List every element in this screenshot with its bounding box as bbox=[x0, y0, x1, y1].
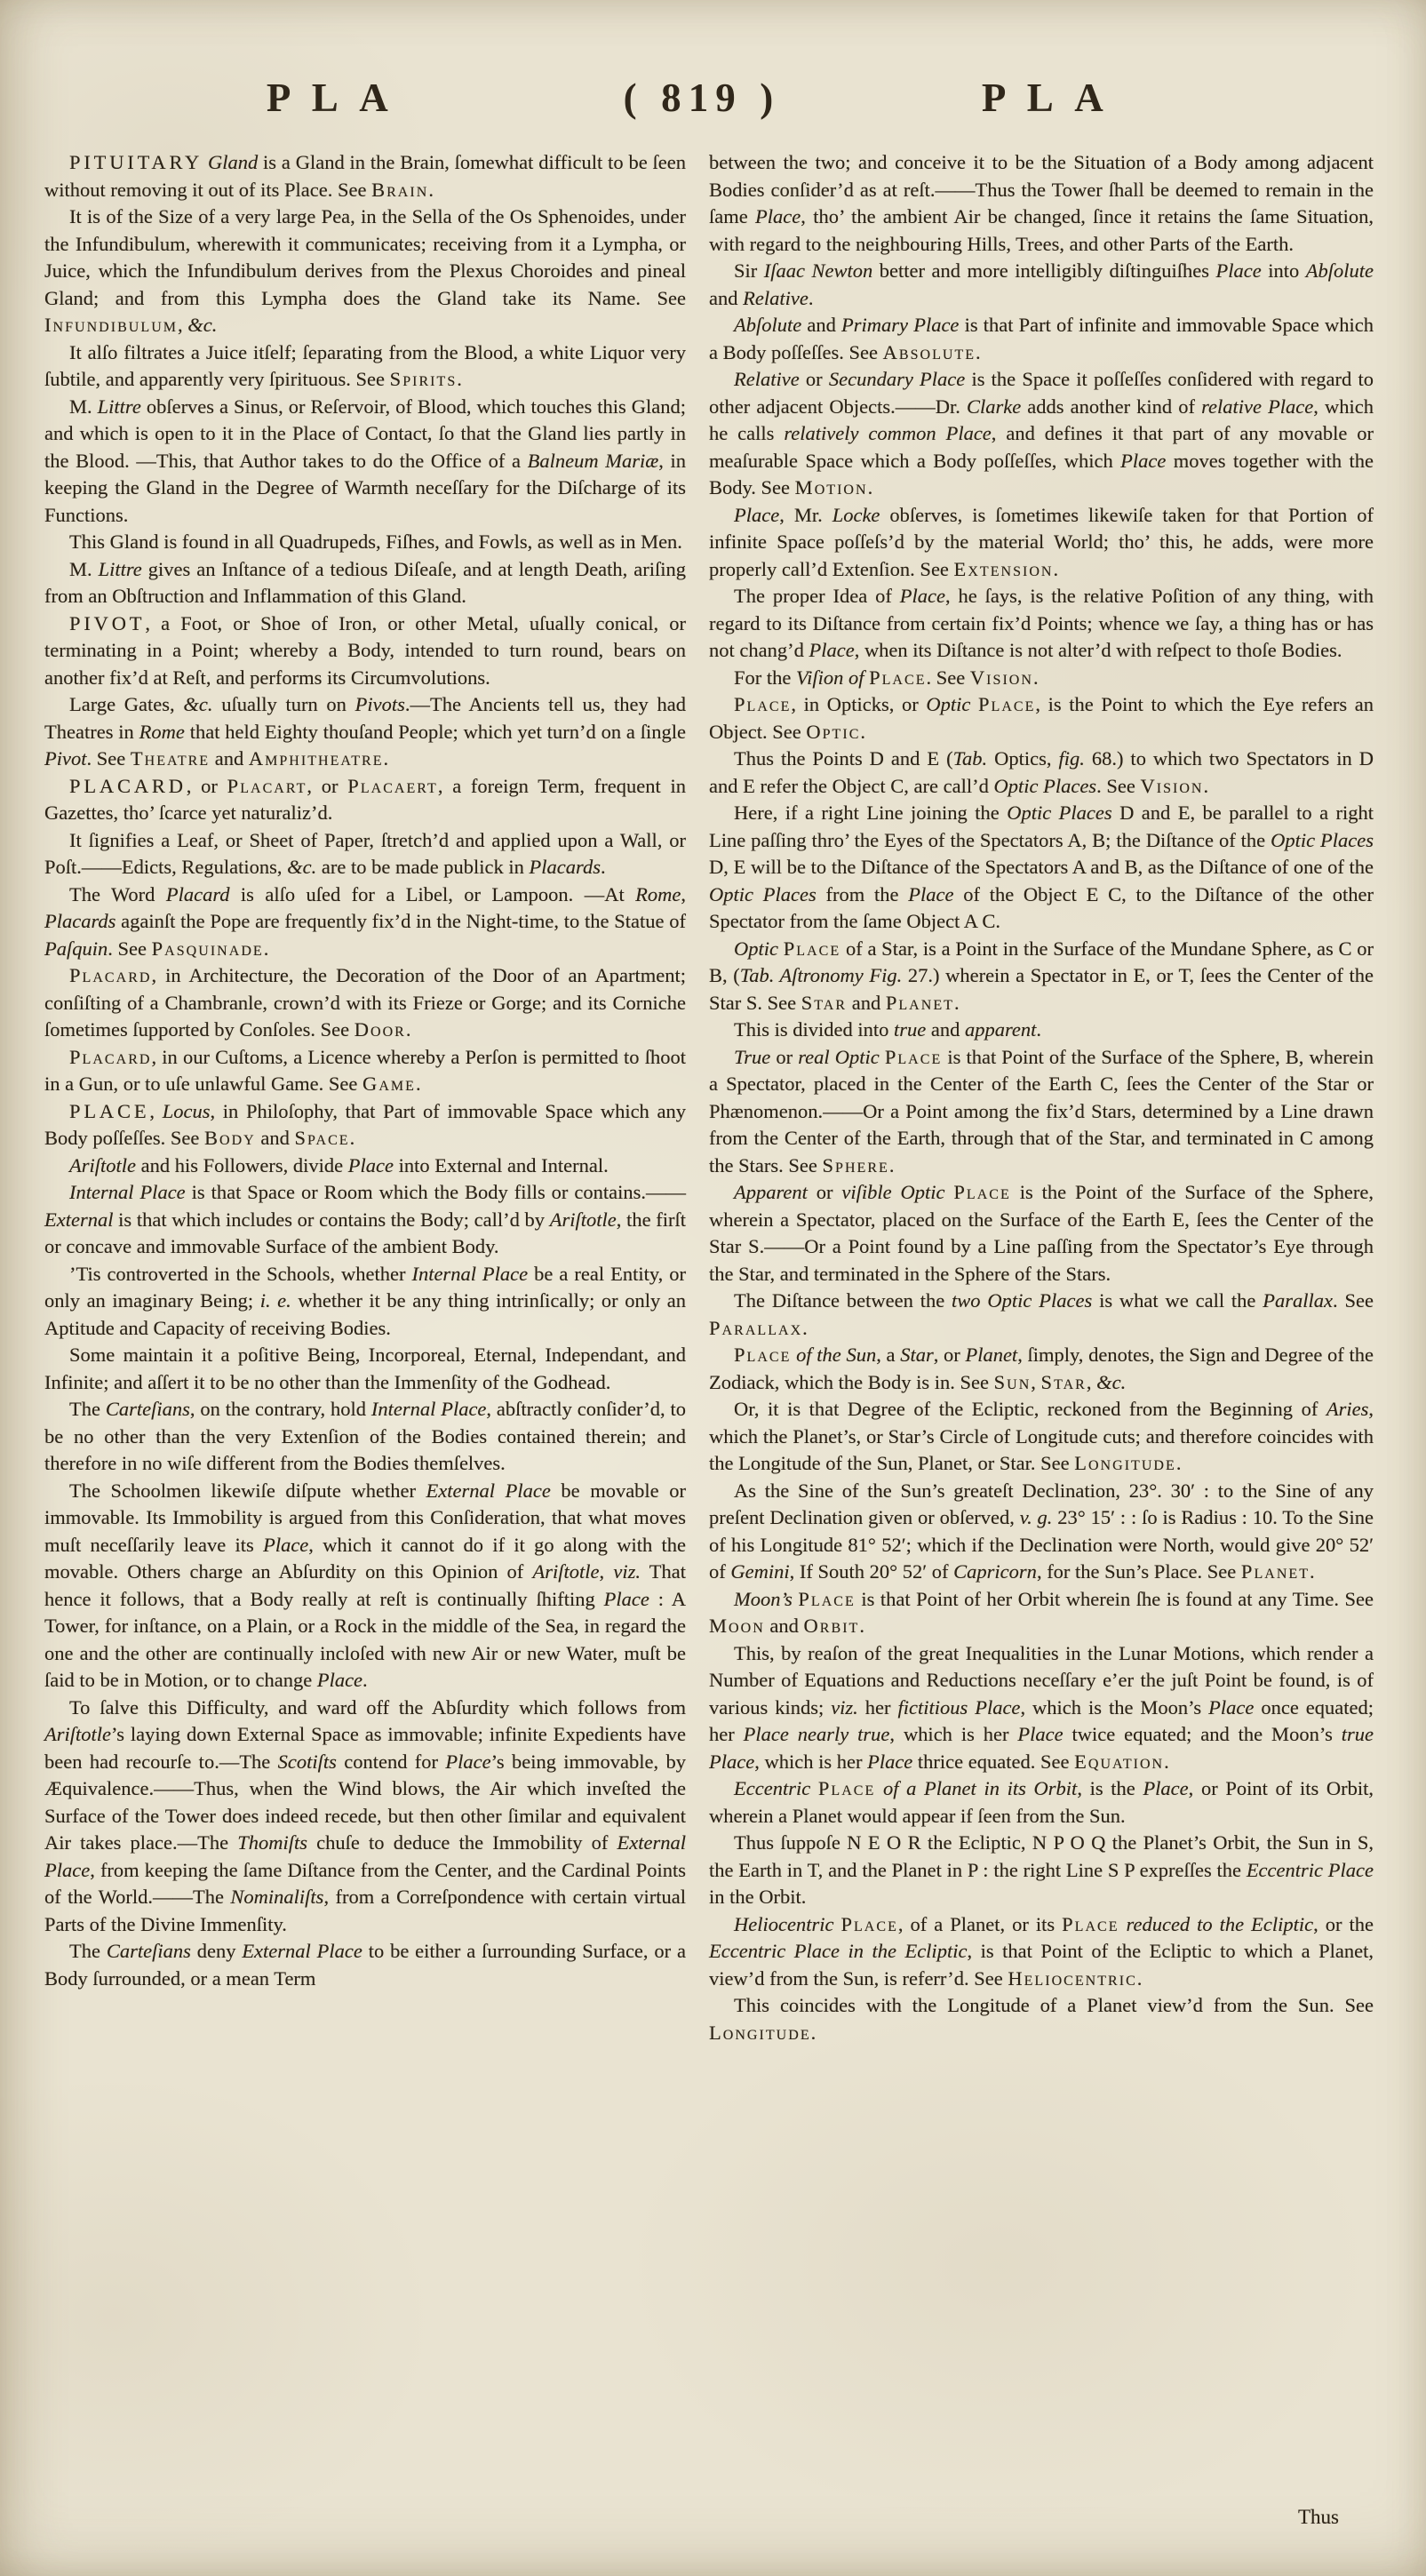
body-text: into bbox=[1262, 259, 1306, 282]
italic-text: &c. bbox=[187, 314, 217, 336]
body-text: . bbox=[1176, 1452, 1182, 1474]
paragraph: Thus the Points D and E (Tab. Optics, fi… bbox=[709, 746, 1374, 800]
page-number: ( 819 ) bbox=[624, 75, 781, 121]
cross-reference: Placaert bbox=[347, 775, 438, 797]
italic-text: Moon’s bbox=[734, 1588, 793, 1610]
cross-reference: Moon bbox=[709, 1615, 765, 1637]
paragraph: The Carteſians, on the contrary, hold In… bbox=[44, 1396, 686, 1478]
paragraph: PLACARD, or Placart, or Placaert, a fore… bbox=[44, 773, 686, 827]
italic-text: Pivots bbox=[355, 693, 405, 715]
cross-reference: Brain bbox=[371, 179, 428, 201]
italic-text: Aries bbox=[1326, 1398, 1369, 1420]
italic-text: i. e. bbox=[260, 1289, 291, 1312]
italic-text: Place bbox=[317, 1669, 362, 1691]
body-text: . bbox=[384, 747, 389, 770]
body-text: , bbox=[681, 883, 686, 905]
paragraph: True or real Optic Place is that Point o… bbox=[709, 1044, 1374, 1180]
body-text: . See bbox=[86, 747, 130, 770]
page-header: PLA ( 819 ) PLA bbox=[0, 75, 1426, 137]
cross-reference: Placard bbox=[69, 964, 151, 986]
italic-text: Place bbox=[1017, 1723, 1063, 1745]
body-text bbox=[875, 1777, 883, 1799]
cross-reference: Orbit bbox=[804, 1615, 860, 1637]
body-text: To ſalve this Difficulty, and ward off t… bbox=[69, 1696, 686, 1719]
italic-text: Relative bbox=[743, 287, 809, 309]
italic-text: External Place bbox=[242, 1940, 362, 1962]
paragraph: Place, Mr. Locke obſerves, is ſometimes … bbox=[709, 502, 1374, 584]
body-text: This Gland is found in all Quadrupeds, F… bbox=[69, 530, 682, 553]
paragraph: For the Viſion of Place. See Vision. bbox=[709, 665, 1374, 692]
italic-text: two Optic Places bbox=[952, 1289, 1092, 1312]
italic-text: Eccentric Place bbox=[1247, 1859, 1374, 1881]
cross-reference: Star bbox=[801, 992, 847, 1014]
italic-text: Parallax bbox=[1263, 1289, 1333, 1312]
italic-text: Place bbox=[1216, 259, 1262, 282]
paragraph: between the two; and conceive it to be t… bbox=[709, 149, 1374, 258]
body-text: is that which includes or contains the B… bbox=[113, 1208, 549, 1231]
body-text: chuſe to deduce the Immobility of bbox=[307, 1831, 617, 1854]
italic-text: &c. bbox=[287, 856, 316, 878]
paragraph: The Carteſians deny External Place to be… bbox=[44, 1938, 686, 1992]
italic-text: Paſquin bbox=[44, 937, 108, 960]
paragraph: Heliocentric Place, of a Planet, or its … bbox=[709, 1911, 1374, 1993]
cross-reference: Place bbox=[734, 1344, 791, 1366]
paragraph: It alſo filtrates a Juice itſelf; ſepara… bbox=[44, 339, 686, 394]
entry-headword: PLACE bbox=[69, 1100, 149, 1122]
italic-text: Place bbox=[1208, 1696, 1254, 1719]
italic-text: Littre bbox=[98, 395, 141, 418]
paragraph: This is divided into true and apparent. bbox=[709, 1017, 1374, 1044]
italic-text: Place bbox=[1120, 450, 1166, 472]
italic-text: Pivot bbox=[44, 747, 86, 770]
body-text: . bbox=[457, 368, 462, 390]
body-text: , which is her bbox=[754, 1751, 867, 1773]
body-text: , a bbox=[876, 1344, 900, 1366]
cross-reference: Parallax bbox=[709, 1317, 802, 1339]
body-text bbox=[1119, 1913, 1127, 1935]
body-text: . bbox=[1137, 1967, 1143, 1990]
italic-text: Iſaac Newton bbox=[764, 259, 873, 282]
cross-reference: Place bbox=[978, 693, 1035, 715]
body-text: . bbox=[350, 1127, 355, 1149]
paragraph: Or, it is that Degree of the Ecliptic, r… bbox=[709, 1396, 1374, 1478]
cross-reference: Spirits bbox=[390, 368, 458, 390]
cross-reference: Infundibulum bbox=[44, 314, 178, 336]
italic-text: &c. bbox=[1096, 1371, 1126, 1393]
italic-text: Thomiſts bbox=[237, 1831, 307, 1854]
body-text: . See bbox=[108, 937, 151, 960]
body-text: M. bbox=[69, 558, 99, 580]
italic-text: Capricorn bbox=[953, 1560, 1037, 1583]
cross-reference: Place bbox=[885, 1046, 942, 1068]
body-text: . bbox=[406, 1018, 411, 1041]
cross-reference: Planet bbox=[1241, 1560, 1310, 1583]
paragraph: Large Gates, &c. uſually turn on Pivots.… bbox=[44, 691, 686, 773]
body-text: This coincides with the Longitude of a P… bbox=[734, 1994, 1374, 2016]
cross-reference: Optic bbox=[806, 721, 860, 743]
body-text: . bbox=[976, 341, 981, 363]
body-text: or bbox=[808, 1181, 842, 1203]
paragraph: To ſalve this Difficulty, and ward off t… bbox=[44, 1695, 686, 1939]
italic-text: Optic bbox=[926, 693, 970, 715]
paragraph: This, by reaſon of the great Inequalitie… bbox=[709, 1640, 1374, 1776]
italic-text: Heliocentric bbox=[734, 1913, 833, 1935]
paragraph: Thus ſuppoſe N E O R the Ecliptic, N P O… bbox=[709, 1830, 1374, 1911]
italic-text: Internal Place bbox=[69, 1181, 186, 1203]
italic-text: Optic Places bbox=[709, 883, 817, 905]
body-text: adds another kind of bbox=[1021, 395, 1201, 418]
cross-reference: Place bbox=[953, 1181, 1010, 1203]
body-text: . bbox=[1164, 1751, 1169, 1773]
italic-text: Ariſtotle bbox=[533, 1560, 600, 1583]
paragraph: Optic Place of a Star, is a Point in the… bbox=[709, 936, 1374, 1017]
cross-reference: Sphere bbox=[822, 1154, 888, 1176]
italic-text: Relative bbox=[734, 368, 800, 390]
body-text: . bbox=[1204, 775, 1209, 797]
italic-text: Tab. Aſtronomy Fig. bbox=[740, 964, 902, 986]
italic-text: Star bbox=[900, 1344, 934, 1366]
italic-text: Placards bbox=[44, 910, 116, 932]
body-text: This is divided into bbox=[734, 1018, 894, 1041]
body-text: , or bbox=[307, 775, 347, 797]
cross-reference: Sun bbox=[994, 1371, 1032, 1393]
cross-reference: Place bbox=[798, 1588, 855, 1610]
body-text: and bbox=[926, 1018, 965, 1041]
paragraph: The Diſtance between the two Optic Place… bbox=[709, 1288, 1374, 1342]
italic-text: Planet bbox=[965, 1344, 1017, 1366]
body-text: D, E will be to the Diſtance of the Spec… bbox=[709, 856, 1374, 878]
paragraph: M. Littre gives an Inſtance of a tedious… bbox=[44, 556, 686, 610]
paragraph: PITUITARY Gland is a Gland in the Brain,… bbox=[44, 149, 686, 203]
paragraph: PLACE, Locus, in Philoſophy, that Part o… bbox=[44, 1098, 686, 1152]
body-text: . bbox=[601, 856, 606, 878]
cross-reference: Place bbox=[818, 1777, 875, 1799]
cross-reference: Body bbox=[204, 1127, 256, 1149]
italic-text: Locke bbox=[832, 504, 880, 526]
italic-text: reduced to the Ecliptic bbox=[1127, 1913, 1314, 1935]
italic-text: Apparent bbox=[734, 1181, 808, 1203]
italic-text: Abſolute bbox=[1306, 259, 1374, 282]
italic-text: real Optic bbox=[798, 1046, 880, 1068]
italic-text: Internal Place bbox=[411, 1263, 528, 1285]
paragraph: The Schoolmen likewiſe diſpute whether E… bbox=[44, 1478, 686, 1695]
italic-text: Ariſtotle bbox=[44, 1723, 111, 1745]
italic-text: External Place bbox=[426, 1479, 551, 1502]
body-text: , or bbox=[934, 1344, 966, 1366]
italic-text: Optic Places bbox=[993, 775, 1096, 797]
body-text: , bbox=[1031, 1371, 1040, 1393]
paragraph: Relative or Secundary Place is the Space… bbox=[709, 366, 1374, 502]
italic-text: Placard bbox=[166, 883, 230, 905]
paragraph: Place of the Sun, a Star, or Planet, ſim… bbox=[709, 1342, 1374, 1396]
body-text: and bbox=[847, 992, 886, 1014]
body-text: , is the bbox=[1077, 1777, 1143, 1799]
body-text: Large Gates, bbox=[69, 693, 183, 715]
italic-text: External bbox=[44, 1208, 113, 1231]
body-text: uſually turn on bbox=[213, 693, 355, 715]
italic-text: Locus bbox=[163, 1100, 211, 1122]
italic-text: viz. bbox=[831, 1696, 858, 1719]
cross-reference: Game bbox=[362, 1073, 416, 1095]
body-text: The Diſtance between the bbox=[734, 1289, 952, 1312]
body-text: , which is the Moon’s bbox=[1020, 1696, 1208, 1719]
text-columns: PITUITARY Gland is a Gland in the Brain,… bbox=[44, 149, 1374, 2046]
italic-text: Placards bbox=[530, 856, 601, 878]
paragraph: Apparent or viſible Optic Place is the P… bbox=[709, 1179, 1374, 1288]
italic-text: v. g. bbox=[1020, 1506, 1053, 1528]
body-text: contend for bbox=[337, 1751, 446, 1773]
body-text: . bbox=[809, 287, 814, 309]
cross-reference: Amphitheatre bbox=[249, 747, 384, 770]
italic-text: apparent bbox=[965, 1018, 1036, 1041]
body-text: Sir bbox=[734, 259, 764, 282]
cross-reference: Place bbox=[840, 1913, 897, 1935]
body-text: . bbox=[362, 1669, 368, 1691]
body-text: thrice equated. See bbox=[912, 1751, 1074, 1773]
paragraph: Eccentric Place of a Planet in its Orbit… bbox=[709, 1775, 1374, 1830]
body-text: , If South 20° 52′ of bbox=[790, 1560, 954, 1583]
paragraph: Internal Place is that Space or Room whi… bbox=[44, 1179, 686, 1261]
paragraph: This coincides with the Longitude of a P… bbox=[709, 1992, 1374, 2046]
paragraph: Some maintain it a poſitive Being, Incor… bbox=[44, 1342, 686, 1396]
paragraph: It is of the Size of a very large Pea, i… bbox=[44, 203, 686, 339]
body-text: , bbox=[178, 314, 187, 336]
italic-text: Place bbox=[900, 585, 945, 607]
italic-text: Optic Places bbox=[1007, 802, 1111, 824]
body-text: Or, it is that Degree of the Ecliptic, r… bbox=[734, 1398, 1326, 1420]
body-text: The proper Idea of bbox=[734, 585, 900, 607]
cross-reference: Place bbox=[784, 937, 840, 960]
italic-text: Rome bbox=[635, 883, 681, 905]
body-text bbox=[945, 1181, 954, 1203]
cross-reference: Heliocentric bbox=[1008, 1967, 1136, 1990]
paragraph: It ſignifies a Leaf, or Sheet of Paper, … bbox=[44, 827, 686, 881]
paragraph: The Word Placard is alſo uſed for a Libe… bbox=[44, 881, 686, 963]
italic-text: Place bbox=[734, 504, 779, 526]
body-text: into External and Internal. bbox=[394, 1154, 609, 1176]
body-text: The Word bbox=[69, 883, 166, 905]
italic-text: Rome bbox=[139, 721, 185, 743]
body-text: It is of the Size of a very large Pea, i… bbox=[44, 205, 686, 309]
body-text: , bbox=[1087, 1371, 1096, 1393]
body-text: The Schoolmen likewiſe diſpute whether bbox=[69, 1479, 426, 1502]
body-text: . bbox=[860, 721, 865, 743]
body-text: and his Followers, divide bbox=[136, 1154, 348, 1176]
body-text: . See bbox=[927, 666, 970, 689]
italic-text: Scotiſts bbox=[278, 1751, 337, 1773]
cross-reference: Longitude bbox=[1074, 1452, 1176, 1474]
italic-text: Viſion of bbox=[796, 666, 864, 689]
body-text: , Mr. bbox=[779, 504, 832, 526]
cross-reference: Door bbox=[355, 1018, 406, 1041]
italic-text: Nominaliſts bbox=[230, 1886, 323, 1908]
cross-reference: Longitude bbox=[709, 2022, 811, 2044]
italic-text: Internal Place bbox=[371, 1398, 487, 1420]
body-text: . bbox=[1054, 558, 1059, 580]
cross-reference: Vision bbox=[1140, 775, 1203, 797]
body-text: and bbox=[210, 747, 249, 770]
book-page: PLA ( 819 ) PLA PITUITARY Gland is a Gla… bbox=[0, 0, 1426, 2576]
body-text: Optics, bbox=[987, 747, 1058, 770]
italic-text: of the Sun bbox=[796, 1344, 876, 1366]
italic-text: true bbox=[894, 1018, 926, 1041]
italic-text: Place bbox=[604, 1588, 649, 1610]
italic-text: Place bbox=[809, 639, 854, 661]
entry-headword: PLACARD bbox=[69, 775, 187, 797]
italic-text: True bbox=[734, 1046, 770, 1068]
body-text: from the bbox=[817, 883, 909, 905]
italic-text: Place bbox=[867, 1751, 912, 1773]
body-text: or bbox=[770, 1046, 798, 1068]
body-text: It alſo filtrates a Juice itſelf; ſepara… bbox=[44, 341, 686, 391]
body-text: The bbox=[69, 1940, 107, 1962]
italic-text: Tab. bbox=[953, 747, 988, 770]
paragraph: As the Sine of the Sun’s greateſt Declin… bbox=[709, 1478, 1374, 1586]
cross-reference: Placart bbox=[227, 775, 307, 797]
body-text: . See bbox=[1096, 775, 1140, 797]
paragraph: Placard, in our Cuſtoms, a Licence where… bbox=[44, 1044, 686, 1098]
italic-text: Place bbox=[755, 205, 801, 227]
body-text: . bbox=[889, 1154, 895, 1176]
body-text: . bbox=[802, 1317, 808, 1339]
body-text: . bbox=[811, 2022, 817, 2044]
body-text: deny bbox=[191, 1940, 242, 1962]
body-text: For the bbox=[734, 666, 796, 689]
italic-text: relatively common Place bbox=[784, 422, 991, 444]
cross-reference: Extension bbox=[954, 558, 1054, 580]
body-text: againſt the Pope are frequently fix’d in… bbox=[116, 910, 686, 932]
paragraph: Ariſtotle and his Followers, divide Plac… bbox=[44, 1152, 686, 1180]
cross-reference: Placard bbox=[69, 1046, 151, 1068]
entry-headword: PIVOT bbox=[69, 612, 145, 634]
italic-text: Optic bbox=[734, 937, 778, 960]
body-text: . bbox=[868, 476, 873, 498]
body-text: Some maintain it a poſitive Being, Incor… bbox=[44, 1344, 686, 1393]
italic-text: viſible Optic bbox=[841, 1181, 944, 1203]
italic-text: of a Planet in its Orbit bbox=[883, 1777, 1077, 1799]
cross-reference: Absolute bbox=[883, 341, 976, 363]
body-text: . bbox=[1036, 1018, 1041, 1041]
italic-text: Place bbox=[263, 1534, 308, 1556]
italic-text: Place bbox=[348, 1154, 394, 1176]
entry-headword: PITUITARY bbox=[69, 151, 203, 173]
body-text: , which is her bbox=[889, 1723, 1017, 1745]
italic-text: Primary Place bbox=[841, 314, 959, 336]
catchword: Thus bbox=[1298, 2506, 1339, 2529]
cross-reference: Place bbox=[1062, 1913, 1119, 1935]
body-text: The bbox=[69, 1398, 106, 1420]
body-text: , of a Planet, or its bbox=[898, 1913, 1062, 1935]
body-text: is that Point of her Orbit wherein ſhe i… bbox=[856, 1588, 1374, 1610]
body-text: and bbox=[801, 314, 841, 336]
body-text: are to be made publick in bbox=[316, 856, 529, 878]
italic-text: Place bbox=[908, 883, 953, 905]
italic-text: Abſolute bbox=[734, 314, 801, 336]
paragraph: Moon’s Place is that Point of her Orbit … bbox=[709, 1586, 1374, 1640]
italic-text: Balneum Mariæ bbox=[528, 450, 659, 472]
cross-reference: Space bbox=[295, 1127, 350, 1149]
body-text: ’Tis controverted in the Schools, whethe… bbox=[69, 1263, 411, 1285]
paragraph: M. Littre obſerves a Sinus, or Reſervoir… bbox=[44, 394, 686, 530]
body-text: twice equated; and the Moon’s bbox=[1064, 1723, 1342, 1745]
cross-reference: Equation bbox=[1074, 1751, 1164, 1773]
body-text: , bbox=[149, 1100, 162, 1122]
paragraph: Placard, in Architecture, the Decoration… bbox=[44, 962, 686, 1044]
paragraph: This Gland is found in all Quadrupeds, F… bbox=[44, 529, 686, 556]
body-text: M. bbox=[69, 395, 98, 418]
body-text: . bbox=[954, 992, 960, 1014]
paragraph: Sir Iſaac Newton better and more intelli… bbox=[709, 258, 1374, 312]
italic-text: fig. bbox=[1058, 747, 1084, 770]
italic-text: Ariſtotle bbox=[550, 1208, 617, 1231]
italic-text: &c. bbox=[183, 693, 212, 715]
cross-reference: Place bbox=[869, 666, 926, 689]
italic-text: Gland bbox=[208, 151, 258, 173]
paragraph: Abſolute and Primary Place is that Part … bbox=[709, 312, 1374, 366]
italic-text: Ariſtotle bbox=[69, 1154, 136, 1176]
italic-text: Secundary Place bbox=[829, 368, 965, 390]
italic-text: Gemini bbox=[730, 1560, 789, 1583]
column-left: PITUITARY Gland is a Gland in the Brain,… bbox=[44, 149, 686, 2046]
body-text: , when its Diſtance is not alter’d with … bbox=[855, 639, 1342, 661]
running-title-left: PLA bbox=[267, 75, 409, 121]
body-text: . bbox=[1310, 1560, 1315, 1583]
cross-reference: Place bbox=[734, 693, 791, 715]
body-text: and bbox=[256, 1127, 295, 1149]
cross-reference: Planet bbox=[886, 992, 954, 1014]
body-text: better and more intelligibly diſtinguiſh… bbox=[872, 259, 1215, 282]
body-text: and bbox=[765, 1615, 804, 1637]
body-text: , or the bbox=[1313, 1913, 1374, 1935]
body-text: , on the contrary, hold bbox=[190, 1398, 371, 1420]
body-text: and bbox=[709, 287, 743, 309]
cross-reference: Theatre bbox=[131, 747, 210, 770]
cross-reference: Pasquinade bbox=[152, 937, 264, 960]
body-text: is alſo uſed for a Libel, or Lampoon. —A… bbox=[230, 883, 636, 905]
body-text bbox=[970, 693, 978, 715]
body-text: . bbox=[428, 179, 434, 201]
italic-text: Place bbox=[445, 1751, 490, 1773]
body-text: her bbox=[858, 1696, 898, 1719]
italic-text: Eccentric Place in the Ecliptic bbox=[709, 1940, 967, 1962]
body-text: is that Space or Room which the Body fil… bbox=[186, 1181, 686, 1203]
italic-text: Place bbox=[1143, 1777, 1188, 1799]
paragraph: Place, in Opticks, or Optic Place, is th… bbox=[709, 691, 1374, 746]
body-text: is what we call the bbox=[1092, 1289, 1263, 1312]
italic-text: relative Place bbox=[1201, 395, 1313, 418]
italic-text: viz. bbox=[613, 1560, 641, 1583]
body-text bbox=[810, 1777, 818, 1799]
cross-reference: Star bbox=[1041, 1371, 1087, 1393]
body-text: , for the Sun’s Place. See bbox=[1037, 1560, 1241, 1583]
italic-text: fictitious Place bbox=[897, 1696, 1020, 1719]
italic-text: Optic Places bbox=[1271, 829, 1374, 851]
body-text: . bbox=[859, 1615, 864, 1637]
body-text: , bbox=[600, 1560, 614, 1583]
body-text: . bbox=[1033, 666, 1039, 689]
body-text: , in Opticks, or bbox=[791, 693, 926, 715]
body-text: , or bbox=[187, 775, 227, 797]
paragraph: Here, if a right Line joining the Optic … bbox=[709, 800, 1374, 936]
italic-text: Carteſians bbox=[106, 1398, 190, 1420]
body-text: Here, if a right Line joining the bbox=[734, 802, 1007, 824]
cross-reference: Vision bbox=[970, 666, 1033, 689]
body-text: , tho’ the ambient Air be changed, ſince… bbox=[709, 205, 1374, 255]
body-text: . See bbox=[1333, 1289, 1374, 1312]
body-text: . bbox=[264, 937, 269, 960]
body-text: in the Orbit. bbox=[709, 1886, 806, 1908]
italic-text: Carteſians bbox=[107, 1940, 191, 1962]
